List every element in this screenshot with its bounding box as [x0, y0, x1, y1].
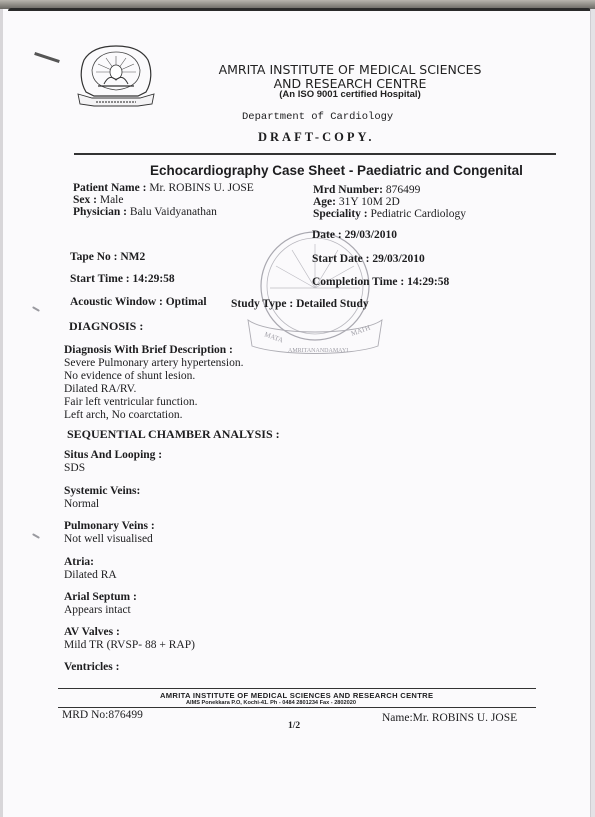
- item-value: SDS: [64, 462, 162, 475]
- scan-edge-left: [0, 9, 3, 817]
- physician-value: Balu Vaidyanathan: [130, 206, 217, 218]
- diagnosis-description: Diagnosis With Brief Description : Sever…: [64, 344, 243, 422]
- diagnosis-line: Left arch, No coarctation.: [64, 409, 243, 422]
- speciality-label: Speciality :: [313, 208, 368, 220]
- situs-looping-item: Situs And Looping : SDS: [64, 449, 162, 475]
- amrita-logo-icon: [72, 42, 160, 110]
- diagnosis-line: No evidence of shunt lesion.: [64, 370, 243, 383]
- start-time: Start Time : 14:29:58: [70, 273, 175, 286]
- age-label: Age:: [313, 196, 336, 208]
- completion-time: Completion Time : 14:29:58: [312, 276, 449, 289]
- institute-name-line1: AMRITA INSTITUTE OF MEDICAL SCIENCES: [200, 62, 500, 77]
- start-date: Start Date : 29/03/2010: [312, 253, 425, 266]
- speciality-value: Pediatric Cardiology: [371, 208, 467, 220]
- footer-patient-name: Name:Mr. ROBINS U. JOSE: [382, 712, 517, 724]
- physician-label: Physician :: [73, 206, 127, 218]
- item-value: Normal: [64, 498, 140, 511]
- punch-mark: [32, 306, 40, 312]
- item-value: Appears intact: [64, 604, 137, 617]
- scan-artifact: [34, 52, 60, 63]
- arial-septum-item: Arial Septum : Appears intact: [64, 591, 137, 617]
- scan-edge-right: [590, 9, 595, 817]
- punch-mark: [32, 533, 40, 539]
- ventricles-item: Ventricles :: [64, 661, 119, 674]
- item-label: Systemic Veins:: [64, 485, 140, 498]
- item-label: Pulmonary Veins :: [64, 520, 155, 533]
- diagnosis-brief-label: Diagnosis With Brief Description :: [64, 344, 243, 357]
- mrd-number-label: Mrd Number:: [313, 184, 383, 196]
- draft-copy-label: DRAFT-COPY.: [258, 130, 374, 145]
- svg-text:AMRITANANDAMAYI: AMRITANANDAMAYI: [288, 348, 348, 354]
- item-value: Mild TR (RVSP- 88 + RAP): [64, 639, 195, 652]
- diagnosis-line: Severe Pulmonary artery hypertension.: [64, 357, 243, 370]
- mrd-number-value: 876499: [386, 184, 421, 196]
- study-date: Date : 29/03/2010: [312, 229, 397, 242]
- institute-subtitle: (An ISO 9001 certified Hospital): [200, 89, 500, 100]
- sequential-analysis-heading: SEQUENTIAL CHAMBER ANALYSIS :: [67, 427, 280, 442]
- footer-divider-bottom: [58, 707, 536, 708]
- diagnosis-line: Fair left ventricular function.: [64, 396, 243, 409]
- item-label: AV Valves :: [64, 626, 195, 639]
- item-value: Not well visualised: [64, 533, 155, 546]
- footer-address: AIMS Ponekkara P.O, Kochi-41. Ph - 0484 …: [186, 700, 356, 706]
- item-label: Atria:: [64, 556, 117, 569]
- sex-value: Male: [100, 194, 124, 206]
- systemic-veins-item: Systemic Veins: Normal: [64, 485, 140, 511]
- item-label: Situs And Looping :: [64, 449, 162, 462]
- av-valves-item: AV Valves : Mild TR (RVSP- 88 + RAP): [64, 626, 195, 652]
- patient-name-label: Patient Name :: [73, 182, 146, 194]
- department-name: Department of Cardiology: [242, 111, 393, 123]
- sex-label: Sex :: [73, 194, 97, 206]
- study-type: Study Type : Detailed Study: [231, 298, 369, 311]
- page-number: 1/2: [288, 721, 300, 731]
- diagnosis-line: Dilated RA/RV.: [64, 383, 243, 396]
- pulmonary-veins-item: Pulmonary Veins : Not well visualised: [64, 520, 155, 546]
- item-value: Dilated RA: [64, 569, 117, 582]
- footer-divider-top: [58, 688, 536, 689]
- header-divider: [74, 153, 556, 155]
- item-label: Ventricles :: [64, 661, 119, 674]
- atria-item: Atria: Dilated RA: [64, 556, 117, 582]
- patient-name-value: Mr. ROBINS U. JOSE: [149, 182, 253, 194]
- physician-field: Physician : Balu Vaidyanathan: [73, 206, 217, 219]
- acoustic-window: Acoustic Window : Optimal: [70, 296, 207, 309]
- speciality-field: Speciality : Pediatric Cardiology: [313, 208, 466, 221]
- svg-text:MATH: MATH: [350, 324, 371, 338]
- scanner-frame-top: [0, 0, 595, 9]
- footer-institute-name: AMRITA INSTITUTE OF MEDICAL SCIENCES AND…: [160, 691, 433, 700]
- sheet-title: Echocardiography Case Sheet - Paediatric…: [150, 163, 523, 178]
- age-value: 31Y 10M 2D: [339, 196, 400, 208]
- diagnosis-heading: DIAGNOSIS :: [69, 319, 143, 334]
- svg-text:MATA: MATA: [263, 330, 284, 344]
- item-label: Arial Septum :: [64, 591, 137, 604]
- footer-mrd-number: MRD No:876499: [62, 709, 143, 721]
- tape-number: Tape No : NM2: [70, 251, 145, 264]
